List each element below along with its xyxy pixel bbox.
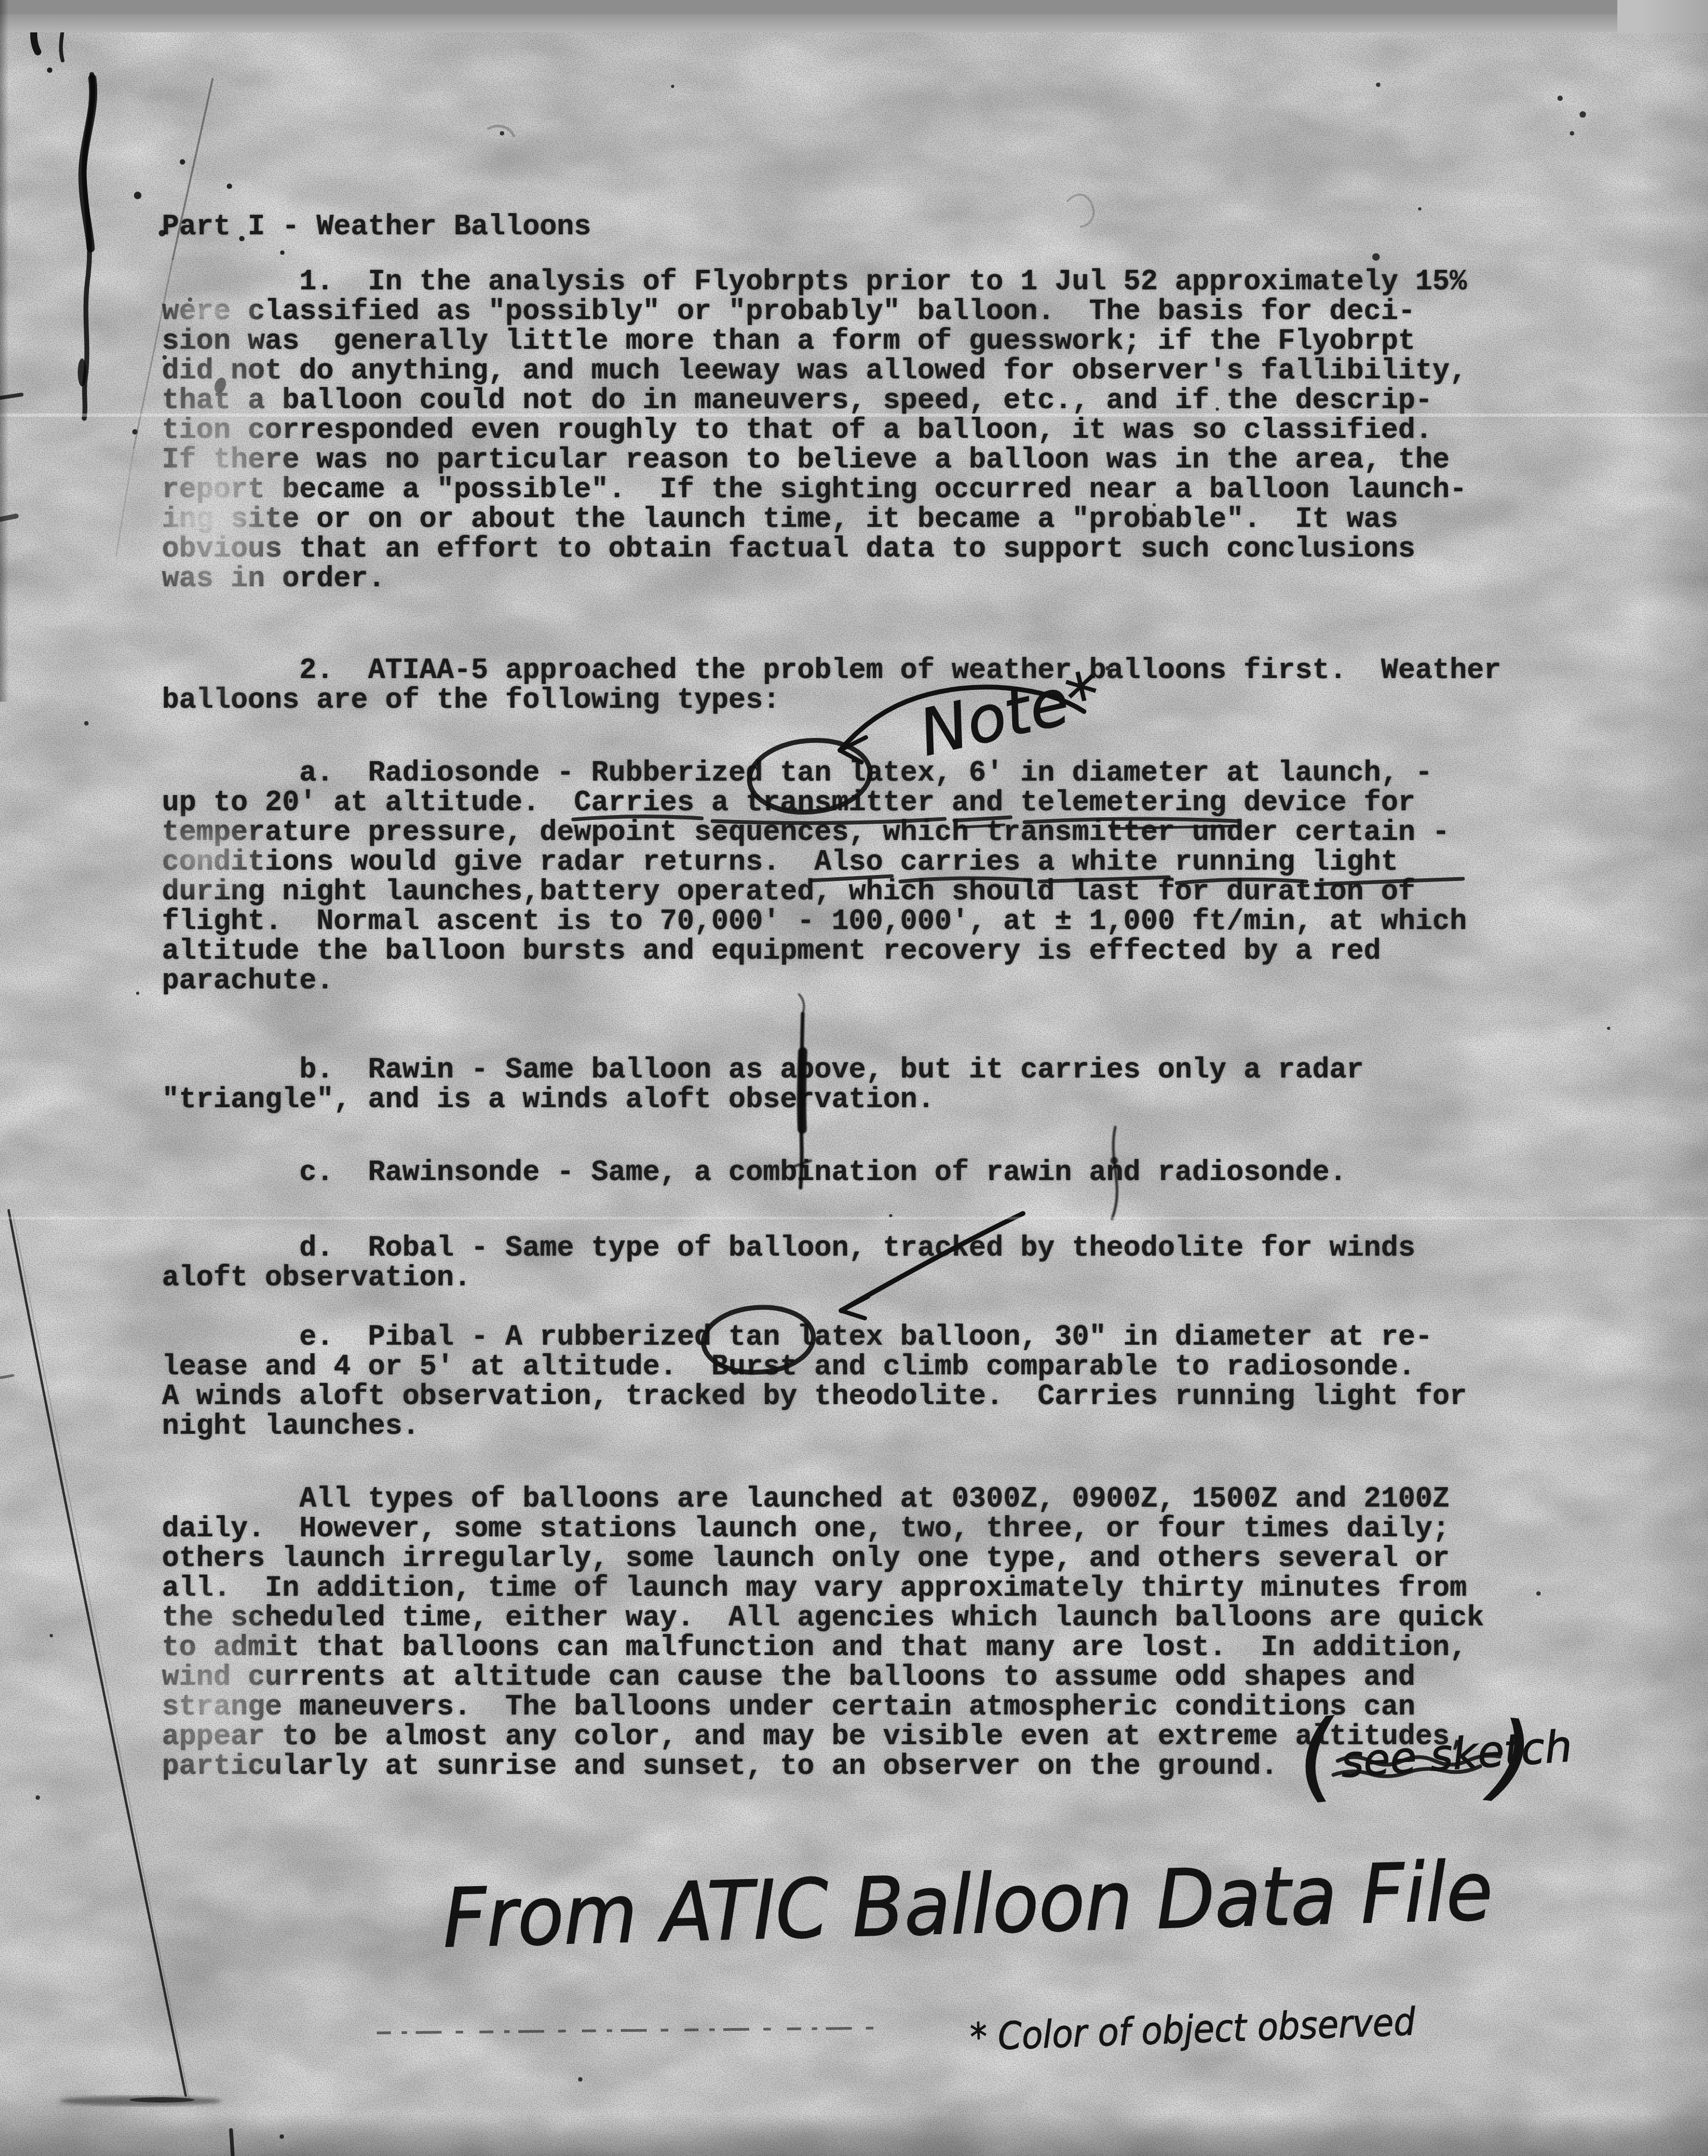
paragraph-1: 1. In the analysis of Flyobrpts prior to… (162, 267, 1467, 594)
typed-line: up to 20' at altitude. Carries a transmi… (162, 788, 1467, 818)
item-c-rawinsonde: c. Rawinsonde - Same, a combination of r… (162, 1158, 1347, 1188)
typed-line: a. Radiosonde - Rubberized tan latex, 6'… (162, 758, 1467, 788)
typed-line: conditions would give radar returns. Als… (162, 848, 1467, 877)
typed-line: balloons are of the following types: (162, 686, 1501, 715)
typed-line: appear to be almost any color, and may b… (162, 1722, 1484, 1752)
typed-line: aloft observation. (162, 1263, 1415, 1293)
typed-line: report became a "possible". If the sight… (162, 475, 1467, 505)
typed-line: b. Rawin - Same balloon as above, but it… (162, 1055, 1364, 1085)
closing-paragraph: All types of balloons are launched at 03… (162, 1484, 1484, 1781)
typed-line: that a balloon could not do in maneuvers… (162, 386, 1467, 416)
typed-line: A winds aloft observation, tracked by th… (162, 1382, 1467, 1412)
typed-line: all. In addition, time of launch may var… (162, 1574, 1484, 1603)
typed-line: was in order. (162, 564, 1467, 594)
typed-line: to admit that balloons can malfunction a… (162, 1633, 1484, 1663)
typed-line: "triangle", and is a winds aloft observa… (162, 1085, 1364, 1115)
typed-line: If there was no particular reason to bel… (162, 445, 1467, 475)
item-d-robal: d. Robal - Same type of balloon, tracked… (162, 1233, 1415, 1293)
typed-line: wind currents at altitude can cause the … (162, 1663, 1484, 1692)
typed-line: parachute. (162, 966, 1467, 996)
typed-line: daily. However, some stations launch one… (162, 1514, 1484, 1544)
typed-line: temperature pressure, dewpoint sequences… (162, 818, 1467, 848)
typed-line: ing site or on or about the launch time,… (162, 505, 1467, 534)
paragraph-2: 2. ATIAA-5 approached the problem of wea… (162, 656, 1501, 715)
typed-line: 2. ATIAA-5 approached the problem of wea… (162, 656, 1501, 686)
typed-line: sion was generally little more than a fo… (162, 327, 1467, 356)
document-title: Part I - Weather Balloons (162, 212, 591, 242)
item-b-rawin: b. Rawin - Same balloon as above, but it… (162, 1055, 1364, 1115)
typed-line: e. Pibal - A rubberized tan latex balloo… (162, 1323, 1467, 1352)
typed-line: strange maneuvers. The balloons under ce… (162, 1692, 1484, 1722)
typed-line: others launch irregularly, some launch o… (162, 1544, 1484, 1574)
item-a-radiosonde: a. Radiosonde - Rubberized tan latex, 6'… (162, 758, 1467, 996)
typed-line: during night launches,battery operated, … (162, 877, 1467, 907)
typed-line: did not do anything, and much leeway was… (162, 356, 1467, 386)
typed-line: d. Robal - Same type of balloon, tracked… (162, 1233, 1415, 1263)
typed-text-layer: Part I - Weather Balloons 1. In the anal… (0, 0, 1708, 2156)
typed-line: night launches. (162, 1412, 1467, 1441)
typed-line: c. Rawinsonde - Same, a combination of r… (162, 1158, 1347, 1188)
item-e-pibal: e. Pibal - A rubberized tan latex balloo… (162, 1323, 1467, 1441)
typed-line: 1. In the analysis of Flyobrpts prior to… (162, 267, 1467, 297)
typed-line: were classified as "possibly" or "probab… (162, 297, 1467, 327)
scanned-document-page: Part I - Weather Balloons 1. In the anal… (0, 0, 1708, 2156)
typed-line: tion corresponded even roughly to that o… (162, 416, 1467, 445)
typed-line: flight. Normal ascent is to 70,000' - 10… (162, 907, 1467, 937)
typed-line: obvious that an effort to obtain factual… (162, 534, 1467, 564)
typed-line: All types of balloons are launched at 03… (162, 1484, 1484, 1514)
typed-line: particularly at sunrise and sunset, to a… (162, 1752, 1484, 1781)
typed-line: the scheduled time, either way. All agen… (162, 1603, 1484, 1633)
typed-line: altitude the balloon bursts and equipmen… (162, 937, 1467, 966)
typed-line: lease and 4 or 5' at altitude. Burst and… (162, 1352, 1467, 1382)
